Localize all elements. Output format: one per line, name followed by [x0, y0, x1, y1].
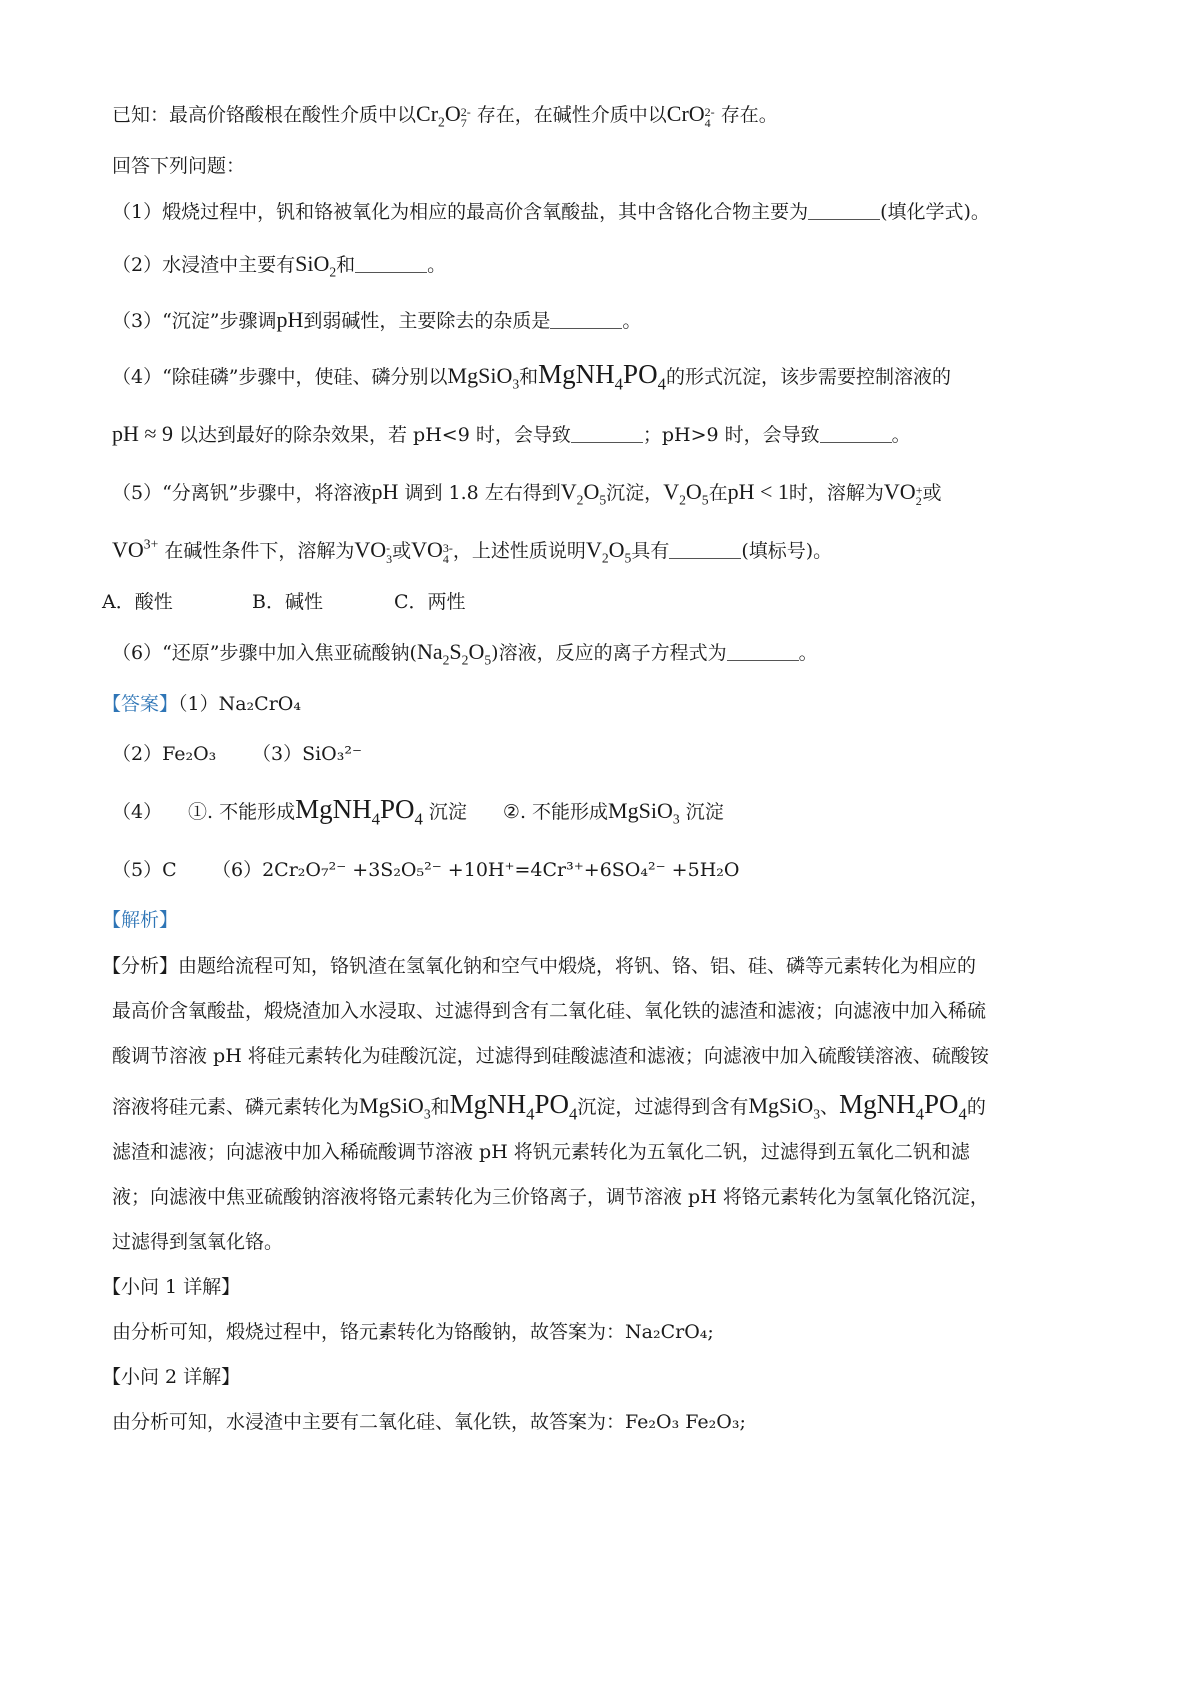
- analysis-line: 滤渣和滤液；向滤液中加入稀硫酸调节溶液 pH 将钒元素转化为五氧化二钒，过滤得到…: [112, 1138, 970, 1166]
- vo3-minus-formula: VO-3: [354, 537, 392, 562]
- q4b-mid: ；pH>9 时，会导致: [643, 424, 820, 446]
- answer-blank: [355, 252, 427, 273]
- sub-question-2-title: 【小问 2 详解】: [102, 1363, 240, 1391]
- answer-5: （5）C: [112, 856, 212, 884]
- q4-and: 和: [519, 366, 538, 388]
- answer-line-2: （2）Fe₂O₃（3）SiO₃²⁻: [112, 740, 362, 768]
- answer-blank: [550, 308, 622, 329]
- analysis-and: 和: [431, 1096, 450, 1118]
- q4-text: （4）“除硅磷”步骤中，使硅、磷分别以: [112, 366, 448, 388]
- q5b-mid: 在碱性条件下，溶解为: [164, 540, 354, 562]
- q3-tail: 到弱碱性，主要除去的杂质是: [303, 310, 550, 332]
- ph-approx: pH ≈ 9: [112, 421, 173, 446]
- option-b: B．碱性: [252, 588, 394, 616]
- question-6: （6）“还原”步骤中加入焦亚硫酸钠(Na2S2O5)溶液，反应的离子方程式为。: [112, 638, 818, 667]
- mgsio3-formula: MgSiO3: [748, 1093, 820, 1118]
- q6-text: （6）“还原”步骤中加入焦亚硫酸钠(: [112, 642, 417, 664]
- question-4-line-1: （4）“除硅磷”步骤中，使硅、磷分别以MgSiO3和MgNH4PO4的形式沉淀，…: [112, 360, 951, 391]
- analysis-label: 【解析】: [102, 906, 178, 934]
- vo4-formula: VO3-4: [411, 537, 453, 562]
- known-statement: 已知：最高价铬酸根在酸性介质中以Cr2O2-7 存在，在碱性介质中以CrO2-4…: [112, 100, 778, 129]
- answer-4-1-tail: 沉淀: [429, 798, 503, 826]
- answer-4-1: ①. 不能形成: [188, 801, 295, 823]
- analysis-line: 酸调节溶液 pH 将硅元素转化为硅酸沉淀，过滤得到硅酸滤渣和滤液；向滤液中加入硫…: [112, 1042, 989, 1070]
- answer-1: （1）Na₂CrO₄: [178, 693, 301, 715]
- mgsio3-formula: MgSiO3: [608, 798, 680, 823]
- q5b-or: 或: [392, 540, 411, 562]
- q5b-end: (填标号)。: [741, 540, 832, 562]
- ph-label: pH: [372, 479, 399, 504]
- answer-line-5: （5）C（6）2Cr₂O₇²⁻ +3S₂O₅²⁻ +10H⁺=4Cr³⁺+6SO…: [112, 856, 739, 884]
- q5-text: （5）“分离钒”步骤中，将溶液: [112, 482, 372, 504]
- answer-label: 【答案】: [102, 693, 178, 715]
- known-mid: 存在，在碱性介质中以: [477, 104, 667, 126]
- answer-6: （6）2Cr₂O₇²⁻ +3S₂O₅²⁻ +10H⁺=4Cr³⁺+6SO₄²⁻ …: [212, 859, 739, 881]
- q4b-end: 。: [892, 424, 911, 446]
- prompt: 回答下列问题：: [112, 152, 245, 180]
- q5b-mid2: ，上述性质说明: [453, 540, 586, 562]
- q5-or: 或: [922, 482, 941, 504]
- analysis-sep: 、: [820, 1096, 839, 1118]
- q2-tail: 和: [336, 254, 355, 276]
- mgnh4po4-formula: MgNH4PO4: [538, 359, 666, 389]
- mgsio3-formula: MgSiO3: [448, 363, 520, 388]
- analysis-line4-b: 沉淀，过滤得到含有: [577, 1096, 748, 1118]
- mgnh4po4-formula: MgNH4PO4: [450, 1089, 578, 1119]
- answer-blank: [727, 640, 799, 661]
- answer-line-4: （4）①. 不能形成MgNH4PO4 沉淀②. 不能形成MgSiO3 沉淀: [112, 795, 724, 826]
- question-5-line-2: VO3+ 在碱性条件下，溶解为VO-3或VO3-4，上述性质说明V2O5具有(填…: [112, 536, 832, 565]
- q3-text: （3）“沉淀”步骤调: [112, 310, 277, 332]
- q5b-tail: 具有: [631, 540, 669, 562]
- analysis-line: 【分析】由题给流程可知，铬钒渣在氢氧化钠和空气中煅烧，将钒、铬、铝、硅、磷等元素…: [102, 952, 976, 980]
- answer-blank: [808, 199, 880, 220]
- vo3-plus-formula: VO3+: [112, 537, 158, 562]
- answer-blank: [820, 422, 892, 443]
- chromate-formula: CrO2-4: [667, 101, 715, 126]
- sub-question-2-text: 由分析可知，水浸渣中主要有二氧化硅、氧化铁，故答案为：Fe₂O₃ Fe₂O₃;: [112, 1408, 746, 1436]
- answer-4-2: ②. 不能形成: [503, 801, 608, 823]
- q1-tail: (填化学式)。: [880, 201, 990, 223]
- analysis-line: 过滤得到氢氧化铬。: [112, 1228, 283, 1256]
- known-suffix: 存在。: [721, 104, 778, 126]
- v2o5-formula: V2O5: [663, 479, 708, 504]
- q3-end: 。: [622, 310, 641, 332]
- mgnh4po4-formula: MgNH4PO4: [839, 1089, 967, 1119]
- sub-question-1-text: 由分析可知，煅烧过程中，铬元素转化为铬酸钠，故答案为：Na₂CrO₄;: [112, 1318, 714, 1346]
- option-a: A．酸性: [102, 588, 252, 616]
- ph-label: pH: [277, 307, 304, 332]
- options-row: A．酸性B．碱性C．两性: [102, 588, 466, 616]
- q4b-text: 以达到最好的除杂效果，若 pH<9 时，会导致: [179, 424, 571, 446]
- answer-blank: [669, 538, 741, 559]
- dichromate-formula: Cr2O2-7: [416, 101, 471, 126]
- q2-end: 。: [427, 254, 446, 276]
- option-c: C．两性: [394, 591, 466, 613]
- analysis-line: 最高价含氧酸盐，煅烧渣加入水浸取、过滤得到含有二氧化硅、氧化铁的滤渣和滤液；向滤…: [112, 997, 986, 1025]
- sub-question-1-title: 【小问 1 详解】: [102, 1273, 240, 1301]
- mgsio3-formula: MgSiO3: [359, 1093, 431, 1118]
- answer-line-1: 【答案】（1）Na₂CrO₄: [102, 690, 301, 718]
- q4-tail: 的形式沉淀，该步需要控制溶液的: [666, 366, 951, 388]
- q5-mid: 调到 1.8 左右得到: [404, 482, 560, 504]
- analysis-line: 液；向滤液中焦亚硫酸钠溶液将铬元素转化为三价铬离子，调节溶液 pH 将铬元素转化…: [112, 1183, 989, 1211]
- na2s2o5-formula: Na2S2O5: [417, 639, 491, 664]
- analysis-end: 的: [967, 1096, 986, 1118]
- answer-4-2-tail: 沉淀: [686, 801, 724, 823]
- v2o5-formula: V2O5: [586, 537, 631, 562]
- q5-mid2: 沉淀，: [606, 482, 663, 504]
- q2-text: （2）水浸渣中主要有: [112, 254, 295, 276]
- answer-blank: [571, 422, 643, 443]
- question-1: （1）煅烧过程中，钒和铬被氧化为相应的最高价含氧酸盐，其中含铬化合物主要为(填化…: [112, 198, 990, 226]
- q5-mid3: 在: [709, 482, 728, 504]
- q5-tail: 时，溶解为: [789, 482, 884, 504]
- q6-tail: )溶液，反应的离子方程式为: [491, 642, 726, 664]
- vo2-plus-formula: VO+2: [884, 479, 923, 504]
- question-5-line-1: （5）“分离钒”步骤中，将溶液pH 调到 1.8 左右得到V2O5沉淀，V2O5…: [112, 478, 942, 507]
- q1-text: （1）煅烧过程中，钒和铬被氧化为相应的最高价含氧酸盐，其中含铬化合物主要为: [112, 201, 808, 223]
- q6-end: 。: [799, 642, 818, 664]
- sio2-formula: SiO2: [295, 251, 336, 276]
- question-2: （2）水浸渣中主要有SiO2和。: [112, 250, 446, 279]
- analysis-line: 溶液将硅元素、磷元素转化为MgSiO3和MgNH4PO4沉淀，过滤得到含有MgS…: [112, 1090, 986, 1121]
- question-4-line-2: pH ≈ 9 以达到最好的除杂效果，若 pH<9 时，会导致；pH>9 时，会导…: [112, 420, 911, 449]
- v2o5-formula: V2O5: [561, 479, 606, 504]
- question-3: （3）“沉淀”步骤调pH到弱碱性，主要除去的杂质是。: [112, 306, 641, 335]
- mgnh4po4-formula: MgNH4PO4: [295, 794, 423, 824]
- answer-2: （2）Fe₂O₃: [112, 740, 252, 768]
- analysis-line4-a: 溶液将硅元素、磷元素转化为: [112, 1096, 359, 1118]
- ph-condition: pH < 1: [728, 479, 789, 504]
- known-prefix: 已知：最高价铬酸根在酸性介质中以: [112, 104, 416, 126]
- answer-4-label: （4）: [112, 798, 188, 826]
- answer-3: （3）SiO₃²⁻: [252, 743, 362, 765]
